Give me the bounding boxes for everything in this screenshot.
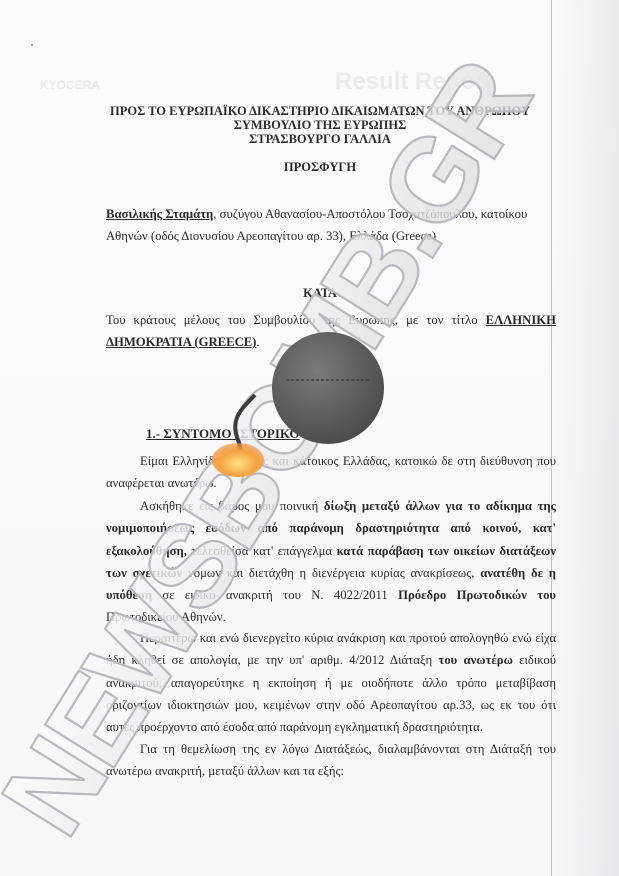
paragraph-1: Είμαι Ελληνίδα υπήκοος και κάτοικος Ελλά… xyxy=(106,450,556,495)
p2-part: Πρωτοδικείου Αθηνών. xyxy=(106,610,226,624)
paragraph-1-text: Είμαι Ελληνίδα υπήκοος και κάτοικος Ελλά… xyxy=(106,454,556,490)
applicant-address: Αθηνών (οδός Διονυσίου Αρεοπαγίτου αρ. 3… xyxy=(106,229,436,243)
kata-heading: ΚΑΤΑ xyxy=(80,286,560,301)
document-title: ΠΡΟΣΦΥΓΗ xyxy=(80,160,560,175)
paragraph-3: Περαιτέρω και ενώ διενεργείτο κύρια ανάκ… xyxy=(106,627,556,738)
ghost-brand-text: KYOCERA xyxy=(40,78,100,92)
paragraph-4: Για τη θεμελίωση της εν λόγω Διατάξεώς, … xyxy=(106,738,556,783)
ghost-report-text: Result Report xyxy=(335,68,492,96)
p2-part: νόμων και διετάχθη η διενέργεια κυρίας α… xyxy=(182,566,480,580)
p2-part: σε ειδικό ανακριτή του Ν. 4022/2011 xyxy=(152,588,398,602)
respondent-paragraph: Του κράτους μέλους του Συμβουλίου της Ευ… xyxy=(106,309,556,354)
p2-part: Πρόεδρο Πρωτοδικών του xyxy=(398,588,556,602)
scanned-page: Result Report KYOCERA ΠΡΟΣ ΤΟ ΕΥΡΩΠΑΪΚΟ … xyxy=(0,0,619,876)
header-line: ΣΥΜΒΟΥΛΙΟ ΤΗΣ ΕΥΡΩΠΗΣ xyxy=(80,118,560,132)
p2-part: τελεσθείσα κατ' επάγγελμα xyxy=(187,544,337,558)
respondent-end: . xyxy=(256,335,259,349)
header-line: ΣΤΡΑΣΒΟΥΡΓΟ ΓΑΛΛΙΑ xyxy=(80,132,560,146)
applicant-paragraph: Βασιλικής Σταμάτη, συζύγου Αθανασίου-Απο… xyxy=(106,203,556,248)
addressee-header: ΠΡΟΣ ΤΟ ΕΥΡΩΠΑΪΚΟ ΔΙΚΑΣΤΗΡΙΟ ΔΙΚΑΙΩΜΑΤΩΝ… xyxy=(80,104,560,146)
paragraph-4-text: Για τη θεμελίωση της εν λόγω Διατάξεώς, … xyxy=(106,742,556,778)
p3-part: του ανωτέρω xyxy=(438,653,512,667)
applicant-details: , συζύγου Αθανασίου-Αποστόλου Τσοχατζόπο… xyxy=(213,207,527,221)
section-heading: 1.- ΣΥΝΤΟΜΟ ΙΣΤΟΡΙΚΟ xyxy=(146,426,300,442)
header-line: ΠΡΟΣ ΤΟ ΕΥΡΩΠΑΪΚΟ ΔΙΚΑΣΤΗΡΙΟ ΔΙΚΑΙΩΜΑΤΩΝ… xyxy=(80,104,560,118)
p2-part: Ασκήθηκε εις βάρος μου ποινική xyxy=(140,499,324,513)
scan-speck xyxy=(31,44,33,46)
paragraph-2: Ασκήθηκε εις βάρος μου ποινική δίωξη μετ… xyxy=(106,495,556,629)
respondent-text: Του κράτους μέλους του Συμβουλίου της Ευ… xyxy=(106,313,486,327)
applicant-name: Βασιλικής Σταμάτη xyxy=(106,207,213,221)
